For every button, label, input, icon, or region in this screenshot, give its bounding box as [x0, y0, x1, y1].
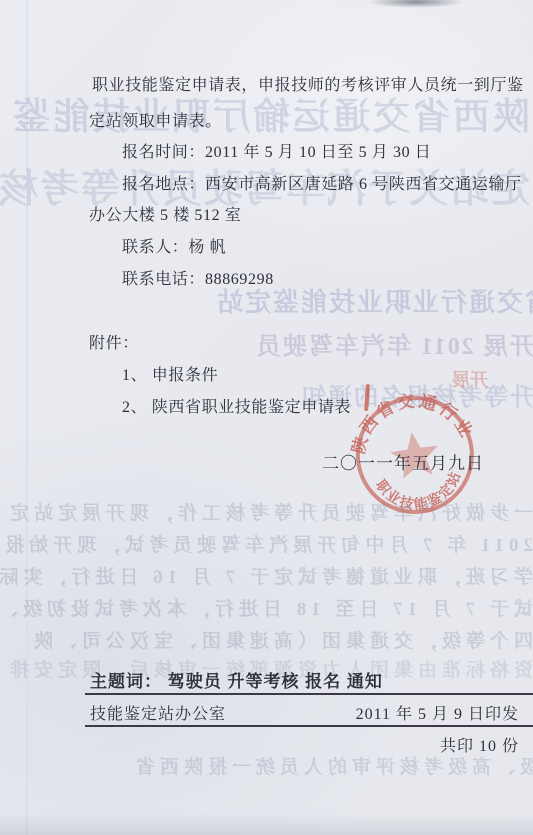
attachment-item: 1、 申报条件	[122, 362, 218, 385]
paragraph-line: 定站领取申请表。	[89, 108, 222, 131]
footer-divider	[85, 725, 533, 727]
contact-person-line: 联系人：杨 帆	[122, 234, 226, 257]
issuing-office: 技能鉴定站办公室	[90, 701, 226, 724]
registration-address-line2: 办公大楼 5 楼 512 室	[89, 202, 241, 225]
scan-bottom-shadow	[0, 813, 533, 835]
paragraph-line: 职业技能鉴定申请表，申报技师的考核评审人员统一到厅鉴	[92, 72, 524, 95]
registration-address-line: 报名地点：西安市高新区唐延路 6 号陕西省交通运输厅	[122, 171, 522, 194]
bleed-through-body-line: 试于 7 月 17 日至 18 日进行，本次考试设初级、中级，	[0, 594, 533, 621]
copies-count: 共印 10 份	[440, 733, 519, 756]
bleed-through-body-line: 学习班，职业道德考试定于 7 月 16 日进行，实际操作	[0, 562, 533, 589]
bleed-through-body-line: 四个等级，交通集团（高速集团、宝汉公司、陕	[0, 626, 533, 653]
print-date: 2011 年 5 月 9 日印发	[356, 701, 519, 724]
attachment-item: 2、 陕西省职业技能鉴定申请表	[122, 394, 351, 417]
registration-time-line: 报名时间：2011 年 5 月 10 日至 5 月 30 日	[122, 139, 431, 162]
contact-phone-line: 联系电话：88869298	[122, 266, 274, 289]
scan-edge-line	[26, 0, 28, 835]
sign-date: 二〇一一年五月九日	[322, 449, 484, 474]
scan-top-smudge	[368, 0, 464, 8]
attachment-label: 附件：	[89, 330, 139, 353]
bleed-through-heading: 关于开展 2011 年汽车驾驶员	[255, 326, 533, 361]
bleed-through-body-line: 中级、高级考核评审的人员统一报陕西省	[30, 752, 533, 779]
subject-keywords-row: 主题词： 驾驶员 升等考核 报名 通知	[90, 667, 383, 692]
scanned-document-page: 陕西省交通运输厅职业技能鉴 定站关于汽车驾驶员升等考核 陕西省交通行业职业技能鉴…	[0, 0, 533, 835]
bleed-through-body-line: 2011 年 7 月中旬开展汽车驾驶员考试，现开始报名费	[0, 530, 533, 557]
footer-divider	[85, 693, 533, 695]
